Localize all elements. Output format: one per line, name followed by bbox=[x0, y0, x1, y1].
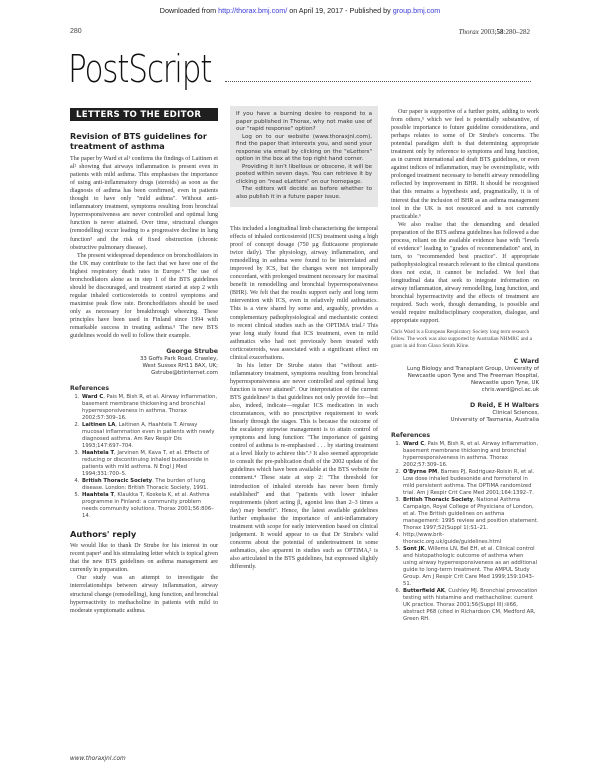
letters-banner: LETTERS TO THE EDITOR bbox=[70, 108, 218, 121]
reply-title: Authors' reply bbox=[70, 530, 218, 538]
citation-volume: 58 bbox=[497, 28, 504, 36]
reply-paragraph: Our study was an attempt to investigate … bbox=[70, 574, 218, 614]
reference-item: Ward C, Pais M, Bish R, et al. Airway in… bbox=[81, 394, 218, 422]
reference-item: Sont JK, Willems LN, Bel EH, et al. Clin… bbox=[402, 546, 539, 588]
reference-item: British Thoracic Society. The burden of … bbox=[81, 478, 218, 492]
thorax-link[interactable]: http://thorax.bmj.com/ bbox=[218, 6, 287, 15]
references-list: Ward C, Pais M, Bish R, et al. Airway in… bbox=[70, 394, 218, 520]
reply-paragraph: Our paper is supportive of a further poi… bbox=[391, 108, 539, 221]
reference-item: O'Byrne PM, Barnes PJ, Rodriguez-Roisin … bbox=[402, 469, 539, 497]
references-heading: References bbox=[391, 432, 539, 440]
letter-paragraph: The present widespread dependence on bro… bbox=[70, 252, 218, 341]
reference-item: Laitinen LA, Laitinen A, Haahtela T. Air… bbox=[81, 422, 218, 450]
page-number: 280 bbox=[70, 28, 82, 35]
letter-title: Revision of BTS guidelines for treatment… bbox=[70, 131, 218, 151]
references-heading: References bbox=[70, 385, 218, 393]
signature-address: Newcastle upon Tyne, UK bbox=[391, 380, 539, 387]
author-signature: D Reid, E H Walters Clinical Sciences, U… bbox=[391, 402, 539, 424]
references-list: Ward C, Pais M, Bish R, et al. Airway in… bbox=[391, 441, 539, 623]
reference-item: Haahtela T, Jarvinen M, Kava T, et al. E… bbox=[81, 450, 218, 478]
left-column: LETTERS TO THE EDITOR Revision of BTS gu… bbox=[70, 118, 218, 615]
reply-paragraph: We would like to thank Dr Strube for his… bbox=[70, 542, 218, 574]
reference-item: Haahtela T, Klaukka T, Koskela K, et al.… bbox=[81, 492, 218, 520]
signature-email: chris.ward@ncl.ac.uk bbox=[391, 387, 539, 394]
callout-paragraph: The editors will decide as before whethe… bbox=[236, 186, 372, 201]
section-header: PostScript bbox=[68, 44, 531, 88]
reference-item: Ward C, Pais M, Bish R, et al. Airway in… bbox=[402, 441, 539, 469]
middle-column: If you have a burning desire to respond … bbox=[230, 118, 378, 571]
signature-address: Clinical Sciences, bbox=[391, 410, 539, 417]
callout-paragraph: Log on to our website (www.thoraxjnl.com… bbox=[236, 134, 372, 164]
signature-name: C Ward bbox=[391, 358, 539, 365]
download-middle: on April 19, 2017 - Published by bbox=[287, 6, 393, 15]
signature-address: West Sussex RH11 8AX, UK; bbox=[70, 363, 218, 370]
signature-address: 33 Goffs Park Road, Crawley, bbox=[70, 356, 218, 363]
journal-citation: Thorax 2003;58:280–282 bbox=[459, 28, 530, 36]
reference-item: http://www.brit-thoracic.org.uk/guide/gu… bbox=[402, 532, 539, 546]
dotted-rule bbox=[225, 80, 531, 82]
section-title: PostScript bbox=[68, 50, 211, 88]
acknowledgement: Chris Ward is a European Respiratory Soc… bbox=[391, 329, 539, 350]
signature-address: University of Tasmania, Australia bbox=[391, 417, 539, 424]
letter-signature: George Strube 33 Goffs Park Road, Crawle… bbox=[70, 348, 218, 377]
reply-paragraph: In his letter Dr Strube states that "wit… bbox=[230, 362, 378, 571]
reply-paragraph: We also realise that the demanding and d… bbox=[391, 221, 539, 326]
callout-paragraph: Providing it isn't libellous or obscene,… bbox=[236, 164, 372, 187]
download-notice: Downloaded from http://thorax.bmj.com/ o… bbox=[0, 6, 600, 15]
reference-link[interactable]: http://www.brit-thoracic.org.uk/guide/gu… bbox=[403, 532, 501, 545]
reply-paragraph: This included a longitudinal limb charac… bbox=[230, 225, 378, 362]
signature-address: Lung Biology and Transplant Group, Unive… bbox=[391, 366, 539, 373]
journal-name: Thorax bbox=[459, 28, 479, 36]
download-prefix: Downloaded from bbox=[160, 6, 218, 15]
letter-paragraph: The paper by Ward et al¹ confirms the fi… bbox=[70, 155, 218, 252]
callout-paragraph: If you have a burning desire to respond … bbox=[236, 111, 372, 134]
footer-url[interactable]: www.thoraxjnl.com bbox=[70, 756, 126, 762]
signature-address: Newcastle upon Tyne and The Freeman Hosp… bbox=[391, 373, 539, 380]
rapid-response-callout: If you have a burning desire to respond … bbox=[230, 106, 378, 207]
citation-year: 2003; bbox=[479, 28, 497, 36]
signature-name: D Reid, E H Walters bbox=[391, 402, 539, 409]
reference-item: Butterfield AK, Cushley MJ. Bronchial pr… bbox=[402, 588, 539, 623]
right-column: Our paper is supportive of a further poi… bbox=[391, 108, 539, 623]
signature-name: George Strube bbox=[70, 348, 218, 355]
signature-email: Gstrube@btinternet.com bbox=[70, 370, 218, 377]
reference-item: British Thoracic Society, National Asthm… bbox=[402, 497, 539, 532]
citation-pages: :280–282 bbox=[504, 28, 530, 36]
group-bmj-link[interactable]: group.bmj.com bbox=[393, 6, 441, 15]
author-signature: C Ward Lung Biology and Transplant Group… bbox=[391, 358, 539, 394]
